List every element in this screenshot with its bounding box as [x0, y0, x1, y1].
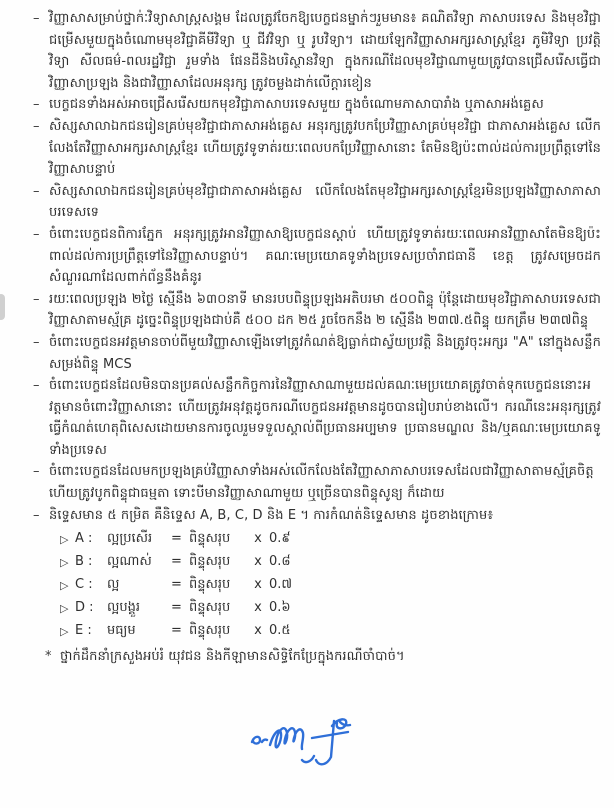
arrow-bullet-icon: ▷ — [60, 552, 75, 574]
signature-scribble — [248, 712, 373, 770]
dash-bullet-icon: – — [33, 461, 49, 483]
bullet-item: – បេក្ខជនទាំងអស់អាចជ្រើសរើសយកមុខវិជ្ជាភា… — [33, 94, 601, 116]
equals-sign: = — [171, 620, 189, 642]
bullet-item: – ចំពោះបេក្ខជនដែលមកប្រឡងគ្រប់វិញ្ញាសាទាំ… — [33, 461, 601, 504]
grade-label: ល្អបង្គួរ — [107, 597, 171, 619]
arrow-bullet-icon: ▷ — [60, 598, 75, 620]
bullet-item: – ចំពោះបេក្ខជនពិការភ្នែក អនុរក្សត្រូវអាន… — [33, 224, 601, 289]
bullet-text: សិស្សសាលាឯកជនរៀនគ្រប់មុខវិជ្ជាជាភាសាអង់គ… — [49, 116, 601, 181]
bullet-text: ចំពោះបេក្ខជនពិការភ្នែក អនុរក្សត្រូវអានវិ… — [49, 224, 601, 289]
bullet-list: – វិញ្ញាសាសម្រាប់ថ្នាក់ៈវិទ្យាសាស្ត្រសង្… — [33, 8, 601, 526]
arrow-bullet-icon: ▷ — [60, 529, 75, 551]
bullet-item: – វិញ្ញាសាសម្រាប់ថ្នាក់ៈវិទ្យាសាស្ត្រសង្… — [33, 8, 601, 94]
scanned-document-page: – វិញ្ញាសាសម្រាប់ថ្នាក់ៈវិទ្យាសាស្ត្រសង្… — [0, 0, 614, 808]
footnote: * ថ្នាក់ដឹកនាំក្រសួងអប់រំ យុវជន និងកីឡាម… — [45, 646, 601, 668]
arrow-bullet-icon: ▷ — [60, 621, 75, 643]
grade-letter: B : — [75, 551, 107, 573]
grade-label: ល្អណាស់ — [107, 551, 171, 573]
arrow-bullet-icon: ▷ — [60, 575, 75, 597]
bullet-text: រយៈពេលប្រឡង ២ថ្ងៃ ស្មើនឹង ៦៣០នាទី មានរបប… — [49, 289, 601, 332]
dash-bullet-icon: – — [33, 505, 49, 527]
bullet-item: – និទ្ទេសមាន ៥ កម្រិត គឺនិទ្ទេស A, B, C,… — [33, 505, 601, 527]
dash-bullet-icon: – — [33, 375, 49, 397]
multiply-sign: x — [247, 528, 269, 550]
signature-area — [248, 712, 373, 774]
equals-sign: = — [171, 528, 189, 550]
document-body: – វិញ្ញាសាសម្រាប់ថ្នាក់ៈវិទ្យាសាស្ត្រសង្… — [0, 8, 614, 668]
grade-row-e: ▷ E : មធ្យម = ពិន្ទុសរុប x 0.៥ — [60, 620, 601, 643]
bullet-text: និទ្ទេសមាន ៥ កម្រិត គឺនិទ្ទេស A, B, C, D… — [49, 505, 601, 527]
equals-sign: = — [171, 551, 189, 573]
multiply-sign: x — [247, 597, 269, 619]
dash-bullet-icon: – — [33, 181, 49, 203]
dash-bullet-icon: – — [33, 94, 49, 116]
equals-sign: = — [171, 597, 189, 619]
footnote-text: ថ្នាក់ដឹកនាំក្រសួងអប់រំ យុវជន និងកីឡាមាន… — [60, 646, 601, 668]
grade-letter: C : — [75, 574, 107, 596]
bullet-text: សិស្សសាលាឯកជនរៀនគ្រប់មុខវិជ្ជាជាភាសាអង់គ… — [49, 181, 601, 224]
grade-row-c: ▷ C : ល្អ = ពិន្ទុសរុប x 0.៧ — [60, 574, 601, 597]
grade-label: ល្អប្រសើរ — [107, 528, 171, 550]
bullet-item: – ចំពោះបេក្ខជនអវត្តមានចាប់ពីមួយវិញ្ញាសាឡ… — [33, 332, 601, 375]
dash-bullet-icon: – — [33, 116, 49, 138]
bullet-text: ចំពោះបេក្ខជនដែលមកប្រឡងគ្រប់វិញ្ញាសាទាំងអ… — [49, 461, 601, 504]
bullet-text: បេក្ខជនទាំងអស់អាចជ្រើសរើសយកមុខវិជ្ជាភាសា… — [49, 94, 601, 116]
grade-row-d: ▷ D : ល្អបង្គួរ = ពិន្ទុសរុប x 0.៦ — [60, 597, 601, 620]
grade-label: មធ្យម — [107, 620, 171, 642]
grade-label: ល្អ — [107, 574, 171, 596]
dash-bullet-icon: – — [33, 332, 49, 354]
dash-bullet-icon: – — [33, 224, 49, 246]
grade-row-a: ▷ A : ល្អប្រសើរ = ពិន្ទុសរុប x 0.៩ — [60, 528, 601, 551]
asterisk-icon: * — [45, 646, 60, 668]
bullet-item: – សិស្សសាលាឯកជនរៀនគ្រប់មុខវិជ្ជាជាភាសាអង… — [33, 116, 601, 181]
grade-scale-list: ▷ A : ល្អប្រសើរ = ពិន្ទុសរុប x 0.៩ ▷ B :… — [60, 528, 601, 643]
bullet-text: ចំពោះបេក្ខជនអវត្តមានចាប់ពីមួយវិញ្ញាសាឡើង… — [49, 332, 601, 375]
grade-base-score: ពិន្ទុសរុប — [189, 620, 247, 642]
grade-base-score: ពិន្ទុសរុប — [189, 551, 247, 573]
grade-multiplier: 0.៦ — [269, 597, 291, 619]
bullet-text: វិញ្ញាសាសម្រាប់ថ្នាក់ៈវិទ្យាសាស្ត្រសង្គម… — [49, 8, 601, 94]
bullet-text: ចំពោះបេក្ខជនដែលមិនបានប្រគល់សន្លឹកកិច្ចកា… — [49, 375, 601, 461]
grade-base-score: ពិន្ទុសរុប — [189, 528, 247, 550]
grade-base-score: ពិន្ទុសរុប — [189, 597, 247, 619]
grade-multiplier: 0.៧ — [269, 574, 292, 596]
dash-bullet-icon: – — [33, 8, 49, 30]
grade-multiplier: 0.៩ — [269, 528, 291, 550]
grade-base-score: ពិន្ទុសរុប — [189, 574, 247, 596]
bullet-item: – សិស្សសាលាឯកជនរៀនគ្រប់មុខវិជ្ជាជាភាសាអង… — [33, 181, 601, 224]
grade-multiplier: 0.៨ — [269, 551, 291, 573]
multiply-sign: x — [247, 620, 269, 642]
bullet-item: – ចំពោះបេក្ខជនដែលមិនបានប្រគល់សន្លឹកកិច្ច… — [33, 375, 601, 461]
grade-letter: E : — [75, 620, 107, 642]
dash-bullet-icon: – — [33, 289, 49, 311]
multiply-sign: x — [247, 551, 269, 573]
grade-letter: A : — [75, 528, 107, 550]
bullet-item: – រយៈពេលប្រឡង ២ថ្ងៃ ស្មើនឹង ៦៣០នាទី មានរ… — [33, 289, 601, 332]
grade-letter: D : — [75, 597, 107, 619]
grade-multiplier: 0.៥ — [269, 620, 291, 642]
multiply-sign: x — [247, 574, 269, 596]
equals-sign: = — [171, 574, 189, 596]
grade-row-b: ▷ B : ល្អណាស់ = ពិន្ទុសរុប x 0.៨ — [60, 551, 601, 574]
